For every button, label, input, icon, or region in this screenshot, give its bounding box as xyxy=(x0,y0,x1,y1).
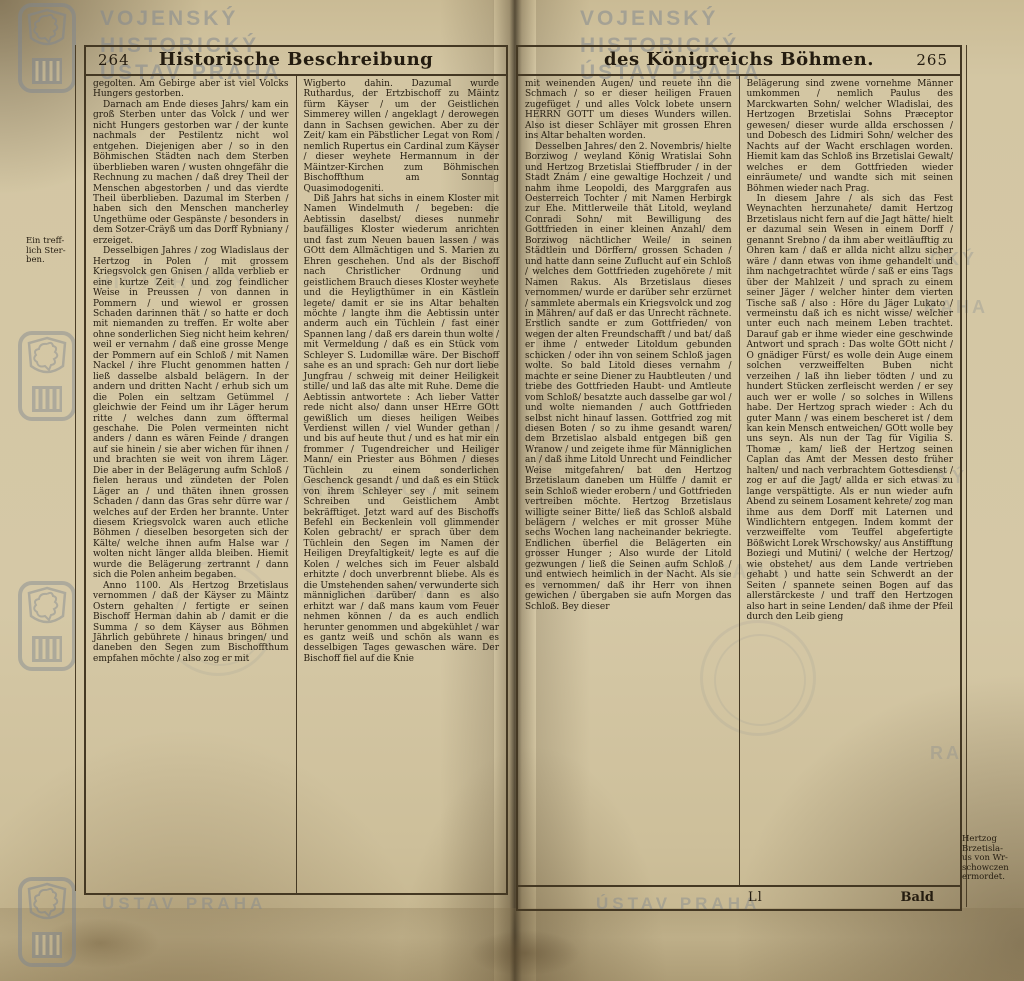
paragraph: In diesem Jahre / als sich das Fest Weyn… xyxy=(747,194,954,623)
margin-note-left: Ein treff-lich Ster-ben. xyxy=(26,237,82,266)
page-bottom-edge xyxy=(0,908,1024,981)
margin-note-line: ermordet. xyxy=(962,873,1018,883)
paragraph: Anno 1100. Als Hertzog Brzetislaus verno… xyxy=(93,581,289,665)
margin-note-right: HertzogBrzetisla-us von Wr-schowczenermo… xyxy=(962,835,1018,883)
paper-stain xyxy=(40,918,160,968)
left-page-text-block: gegolten. Am Gebirge aber ist viel Volck… xyxy=(86,76,506,893)
right-page-text-block: mit weinenden Augen/ und reuete ihn die … xyxy=(518,76,960,885)
lion-crest-icon xyxy=(16,330,78,422)
page-number: 265 xyxy=(916,51,948,69)
running-title: Historische Beschreibung xyxy=(86,49,506,70)
text-column: Belägerung sind zwene vornehme Männer um… xyxy=(739,76,961,885)
running-title: des Königreichs Böhmen. xyxy=(518,49,960,70)
paragraph: mit weinenden Augen/ und reuete ihn die … xyxy=(525,79,732,142)
paragraph: Desselben Jahres/ den 2. Novembris/ hiel… xyxy=(525,142,732,612)
paragraph: Darnach am Ende dieses Jahrs/ kam ein gr… xyxy=(93,100,289,246)
right-page-footer: Ll Bald xyxy=(518,885,960,909)
text-column: Wigberto dahin. Dazumal wurde Ruthardus,… xyxy=(296,76,507,893)
margin-note-line: ben. xyxy=(26,256,82,266)
paragraph: gegolten. Am Gebirge aber ist viel Volck… xyxy=(93,79,289,100)
left-page: 264 Historische Beschreibung gegolten. A… xyxy=(84,45,508,895)
signature-mark: Ll xyxy=(748,890,763,905)
frame-outer-rule xyxy=(966,45,967,907)
right-page: des Königreichs Böhmen. 265 mit weinende… xyxy=(516,45,962,911)
left-page-header: 264 Historische Beschreibung xyxy=(86,47,506,76)
text-column: mit weinenden Augen/ und reuete ihn die … xyxy=(518,76,739,885)
lion-crest-icon xyxy=(16,2,78,94)
paragraph: Wigberto dahin. Dazumal wurde Ruthardus,… xyxy=(304,79,500,194)
watermark-text-bottom: ÚSTAV PRAHA xyxy=(102,893,266,915)
lion-crest-icon xyxy=(16,580,78,672)
paragraph: Diß Jahrs hat sichs in einem Kloster mit… xyxy=(304,194,500,664)
lion-crest-icon xyxy=(16,876,78,968)
right-page-header: des Königreichs Böhmen. 265 xyxy=(518,47,960,76)
catchword: Bald xyxy=(901,890,934,905)
paper-stain xyxy=(470,930,580,976)
book-scan: VOJENSKÝ HISTORICKÝ ÚSTAV PRAHA VOJENSKÝ… xyxy=(0,0,1024,981)
frame-outer-rule xyxy=(75,45,76,891)
paragraph: Belägerung sind zwene vornehme Männer um… xyxy=(747,79,954,194)
text-column: gegolten. Am Gebirge aber ist viel Volck… xyxy=(86,76,296,893)
paragraph: Desselbigen Jahres / zog Wladislaus der … xyxy=(93,246,289,581)
